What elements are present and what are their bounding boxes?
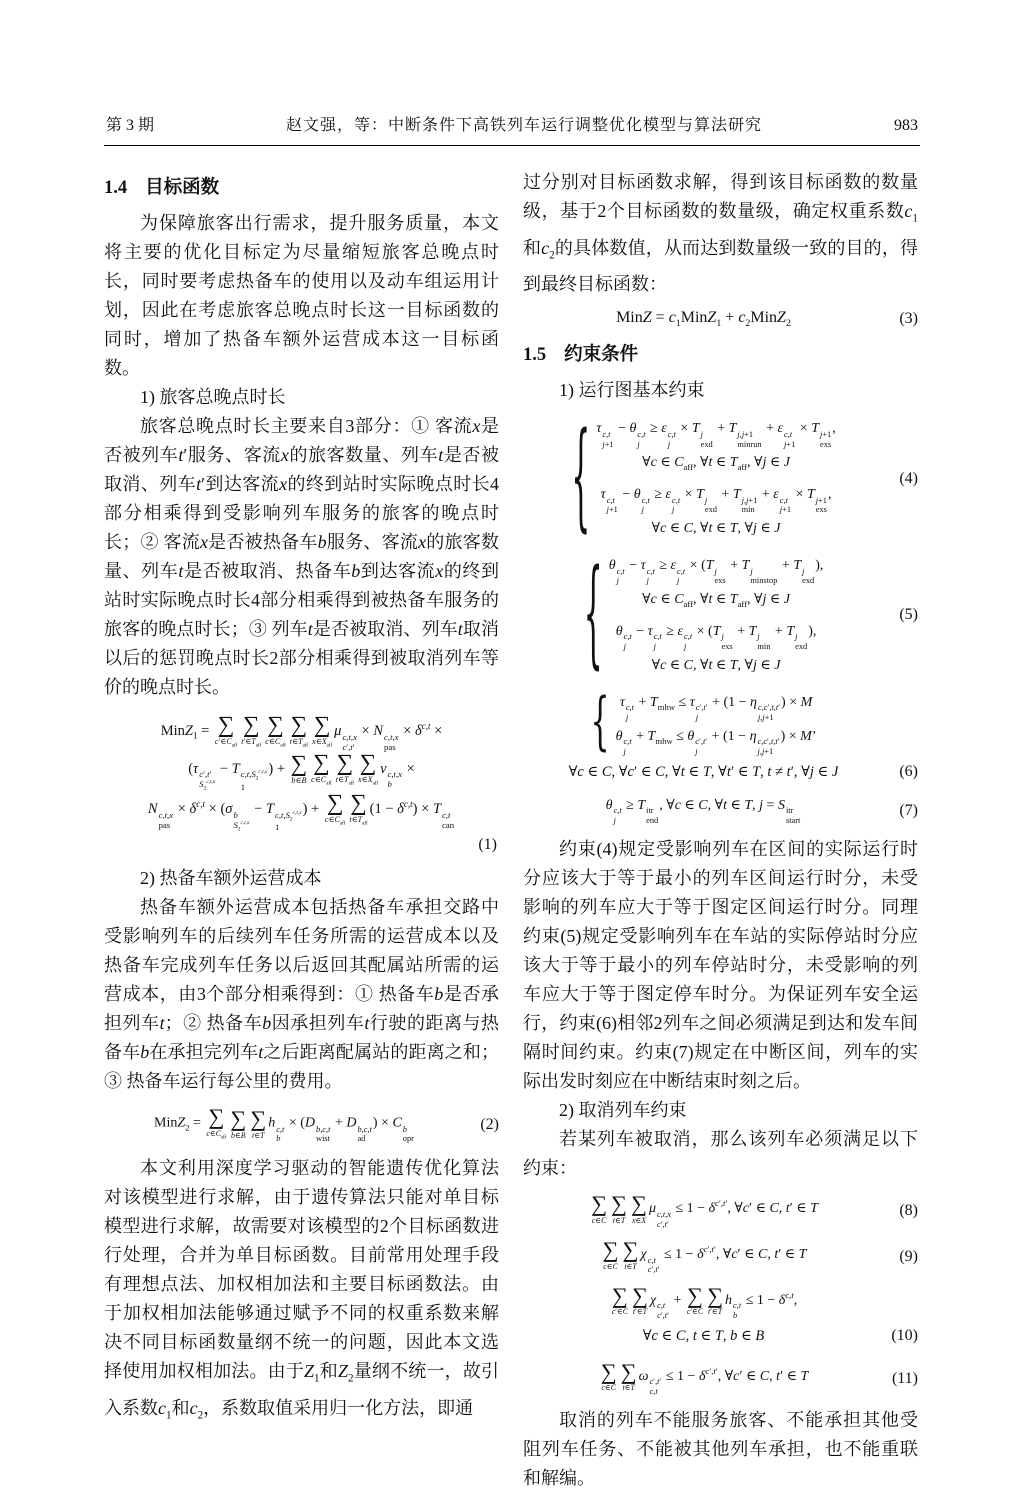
equation-6-quantifier: ∀c ∈ C, ∀c′ ∈ C, ∀t ∈ T, ∀t′ ∈ T, t ≠ t′… [569,757,839,787]
equation-5-number: (5) [884,606,918,624]
equation-1-line-2: (τc′,t′S2c,t,x − Tc,t,S2c,t,x1) + ∑b∈B∑c… [104,752,499,792]
equation-3: MinZ = c1MinZ1 + c2MinZ2 (3) [523,309,918,329]
list-item-hot-standby-cost: 2) 热备车额外运营成本 [104,864,499,893]
header-issue: 第 3 期 [106,112,154,135]
paragraph-delay-components: 旅客总晚点时长主要来自3部分：① 客流x是否被列车t′服务、客流x的旅客数量、列… [104,412,499,702]
equation-3-number: (3) [884,310,918,328]
header-running-title: 赵文强，等：中断条件下高铁列车运行调整优化模型与算法研究 [286,112,762,135]
list-item-passenger-delay: 1) 旅客总晚点时长 [104,383,499,412]
left-brace: { [591,686,610,760]
equation-5: { θc,tj − τc,tj ≥ εc,tj × (Tjexs + Tjmin… [523,552,918,679]
equation-6-number: (6) [884,757,918,787]
equation-4-row-2-quantifier: ∀c ∈ C, ∀t ∈ T, ∀j ∈ J [596,515,835,542]
equation-10-line-1: ∑c′∈C∑t′∈Tχc,tc′,t′ + ∑c′∈C∑t′∈Thc,tb ≤ … [610,1285,798,1321]
paragraph-cancel-intro: 若某列车被取消，那么该列车必须满足以下约束： [523,1125,918,1183]
section-heading-1-4: 1.4目标函数 [104,172,499,203]
equation-2: MinZ2 = ∑c∈Caff∑b∈B∑t∈Thc,tb × (Db,c,twi… [104,1106,499,1144]
section-title: 目标函数 [145,176,219,197]
equation-5-row-2: θc,tj − τc,tj ≥ εc,tj × (Tjexs + Tjmin +… [609,618,824,652]
equation-8-number: (8) [884,1202,918,1220]
equation-1-number: (1) [104,832,499,858]
equation-4-row-1-quantifier: ∀c ∈ Caff, ∀t ∈ Taff, ∀j ∈ J [596,449,835,481]
paragraph-solution-method: 本文利用深度学习驱动的智能遗传优化算法对该模型进行求解，由于遗传算法只能对单目标… [104,1154,499,1430]
section-heading-1-5: 1.5约束条件 [523,339,918,370]
equation-9: ∑c∈C∑t∈Tχc,tc′,t′ ≤ 1 − δc′,t′, ∀c′ ∈ C,… [523,1239,918,1275]
equation-4-row-2: τc,tj+1 − θc,tj ≥ εc,tj × Tjexd + Tj,j+1… [596,481,835,515]
equation-6-row-1: τc,tj + Tmhw ≤ τc′,t′j + (1 − ηc,c′,t,t′… [616,689,817,723]
equation-4-number: (4) [884,470,918,488]
equation-5-row-1: θc,tj − τc,tj ≥ εc,tj × (Tjexs + Tjminst… [609,552,824,586]
paragraph-standby-cost: 热备车额外运营成本包括热备车承担交路中受影响列车的后续列车任务所需的运营成本以及… [104,893,499,1096]
journal-page: 第 3 期 赵文强，等：中断条件下高铁列车运行调整优化模型与算法研究 983 1… [0,0,1020,1431]
equation-10: ∑c′∈C∑t′∈Tχc,tc′,t′ + ∑c′∈C∑t′∈Thc,tb ≤ … [523,1285,918,1351]
equation-4-row-1: τc,tj+1 − θc,tj ≥ εc,tj × Tjexd + Tj,j+1… [596,415,835,449]
equation-8-body: ∑c∈C∑t∈T∑x∈Xμc,t,xc′,t′ ≤ 1 − δc′,t′, ∀c… [589,1193,818,1229]
two-column-body: 1.4目标函数 为保障旅客出行需求，提升服务质量，本文将主要的优化目标定为尽量缩… [104,168,920,1493]
page-header: 第 3 期 赵文强，等：中断条件下高铁列车运行调整优化模型与算法研究 983 [104,112,920,146]
section-title: 约束条件 [564,343,638,364]
equation-2-number: (2) [465,1116,499,1134]
equation-6-row-2: θc,tj + Tmhw ≤ θc′,t′j + (1 − ηc,c′,t,t′… [616,723,817,757]
equation-7-body: θc,tj ≥ Titrend, ∀c ∈ C, ∀t ∈ T, j = Sit… [606,797,802,826]
equation-2-body: MinZ2 = ∑c∈Caff∑b∈B∑t∈Thc,tb × (Db,c,twi… [154,1106,415,1144]
equation-1-line-3: Nc,t,xpas × δc,t × (σbS2c,t,x − Tc,t,S2c… [104,792,499,832]
equation-8: ∑c∈C∑t∈T∑x∈Xμc,t,xc′,t′ ≤ 1 − δc′,t′, ∀c… [523,1193,918,1229]
equation-11-number: (11) [884,1370,918,1388]
list-item-timetable-constraints: 1) 运行图基本约束 [523,376,918,405]
section-number: 1.5 [523,345,546,365]
paragraph-objective-intro: 为保障旅客出行需求，提升服务质量，本文将主要的优化目标定为尽量缩短旅客总晚点时长… [104,209,499,383]
equation-9-number: (9) [884,1248,918,1266]
equation-9-body: ∑c∈C∑t∈Tχc,tc′,t′ ≤ 1 − δc′,t′, ∀c′ ∈ C,… [601,1239,807,1275]
equation-1-line-1: MinZ1 = ∑c′∈Caff∑t′∈Taff∑c∈Caff∑t∈Taff∑x… [104,714,499,752]
equation-1: MinZ1 = ∑c′∈Caff∑t′∈Taff∑c∈Caff∑t∈Taff∑x… [104,714,499,858]
equation-11: ∑c∈C∑t∈Tωc′,t′c,t ≤ 1 − δc′,t′, ∀c′ ∈ C,… [523,1361,918,1397]
left-brace: { [584,547,603,684]
paragraph-constraint-explanation: 约束(4)规定受影响列车在区间的实际运行时分应该大于等于最小的列车区间运行时分，… [523,835,918,1096]
equation-7-number: (7) [884,802,918,820]
equation-4: { τc,tj+1 − θc,tj ≥ εc,tj × Tjexd + Tj,j… [523,415,918,542]
left-column: 1.4目标函数 为保障旅客出行需求，提升服务质量，本文将主要的优化目标定为尽量缩… [104,168,499,1493]
left-brace: { [571,410,590,547]
paragraph-cancel-rules: 取消的列车不能服务旅客、不能承担其他受阻列车任务、不能被其他列车承担，也不能重联… [523,1406,918,1493]
equation-3-body: MinZ = c1MinZ1 + c2MinZ2 [616,309,791,329]
section-number: 1.4 [104,178,127,198]
header-page-number: 983 [894,117,918,135]
equation-5-row-1-quantifier: ∀c ∈ Caff, ∀t ∈ Taff, ∀j ∈ J [609,586,824,618]
paragraph-normalization: 过分别对目标函数求解，得到该目标函数的数量级，基于2个目标函数的数量级，确定权重… [523,168,918,299]
equation-7: θc,tj ≥ Titrend, ∀c ∈ C, ∀t ∈ T, j = Sit… [523,797,918,826]
equation-5-row-2-quantifier: ∀c ∈ C, ∀t ∈ T, ∀j ∈ J [609,652,824,679]
list-item-cancel-constraints: 2) 取消列车约束 [523,1096,918,1125]
equation-10-number: (10) [884,1321,918,1351]
equation-10-line-2: ∀c ∈ C, t ∈ T, b ∈ B [643,1321,765,1351]
equation-11-body: ∑c∈C∑t∈Tωc′,t′c,t ≤ 1 − δc′,t′, ∀c′ ∈ C,… [599,1361,809,1397]
equation-6: { τc,tj + Tmhw ≤ τc′,t′j + (1 − ηc,c′,t,… [523,689,918,787]
right-column: 过分别对目标函数求解，得到该目标函数的数量级，基于2个目标函数的数量级，确定权重… [523,168,918,1493]
